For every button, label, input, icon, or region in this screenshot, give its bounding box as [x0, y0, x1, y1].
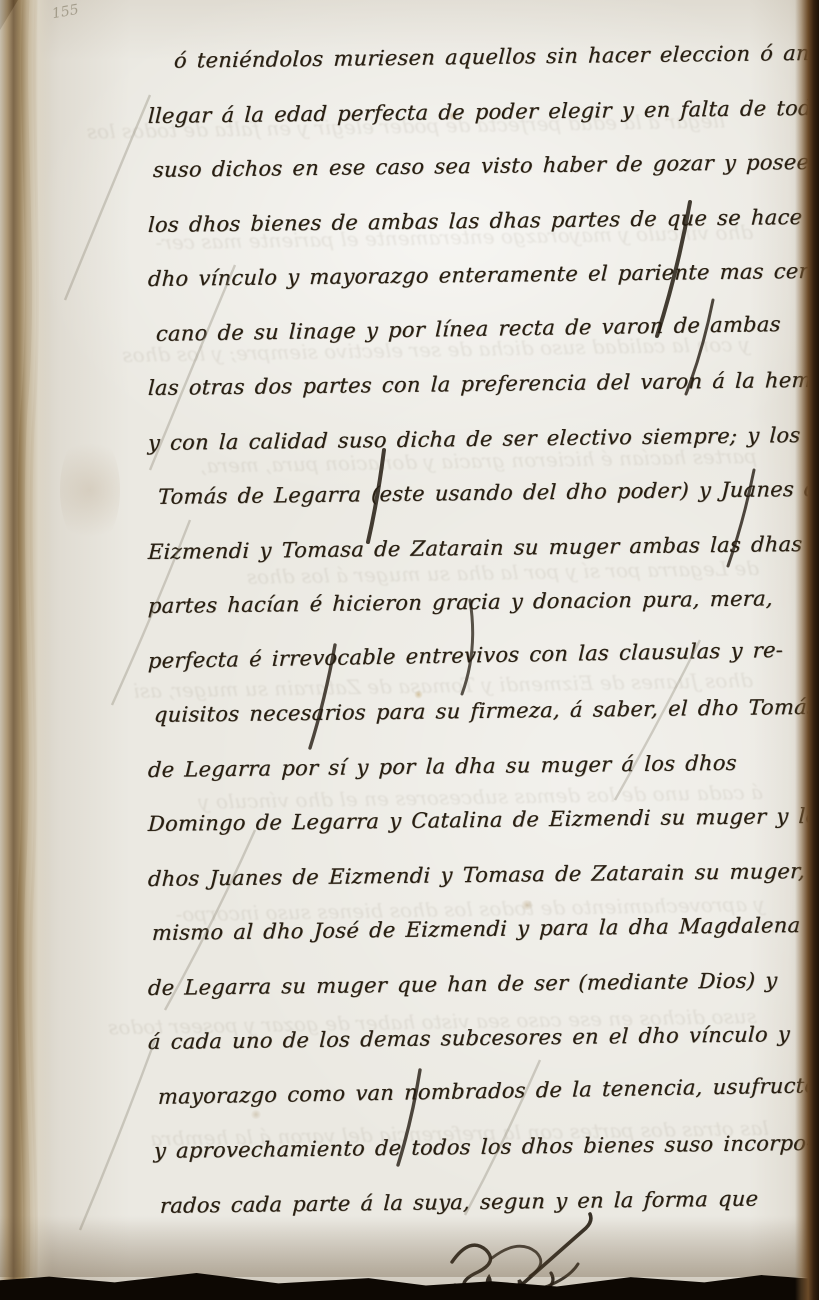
manuscript-line: las otras dos partes con la preferencia …	[147, 353, 819, 416]
manuscript-line: quisitos necesarios para su firmeza, á s…	[147, 680, 819, 743]
manuscript-line: perfecta é irrevocable entrevivos con la…	[147, 622, 819, 688]
manuscript-line: ó teniéndolos muriesen aquellos sin hace…	[147, 26, 819, 89]
page-edge-right	[795, 0, 819, 1300]
manuscript-line: los dhos bienes de ambas las dhas partes…	[147, 189, 819, 252]
manuscript-line: suso dichos en ese caso sea visto haber …	[147, 135, 819, 198]
manuscript-line: dhos Juanes de Eizmendi y Tomasa de Zata…	[147, 843, 819, 906]
manuscript-line: mismo al dho José de Eizmendi y para la …	[147, 898, 819, 961]
manuscript-line: Eizmendi y Tomasa de Zatarain su muger a…	[147, 516, 819, 579]
manuscript-line: cano de su linage y por línea recta de v…	[147, 296, 819, 361]
manuscript-line: Domingo de Legarra y Catalina de Eizmend…	[147, 789, 819, 852]
binding-edge	[0, 0, 52, 1300]
manuscript-line: de Legarra por sí y por la dha su muger …	[147, 734, 819, 797]
manuscript-text-block: ó teniéndolos muriesen aquellos sin hace…	[148, 34, 819, 1233]
manuscript-line: y con la calidad suso dicha de ser elect…	[147, 407, 819, 470]
manuscript-line: llegar á la edad perfecta de poder elegi…	[147, 80, 819, 143]
manuscript-line: mayorazgo como van nombrados de la tenen…	[147, 1058, 819, 1124]
manuscript-page: llegar á la edad perfecta de poder elegi…	[0, 0, 819, 1300]
manuscript-line: Tomás de Legarra (este usando del dho po…	[147, 462, 819, 525]
bottom-edge-shadow	[0, 1215, 819, 1277]
manuscript-line: y aprovechamiento de todos los dhos bien…	[147, 1116, 819, 1179]
manuscript-line: de Legarra su muger que han de ser (medi…	[147, 952, 819, 1015]
